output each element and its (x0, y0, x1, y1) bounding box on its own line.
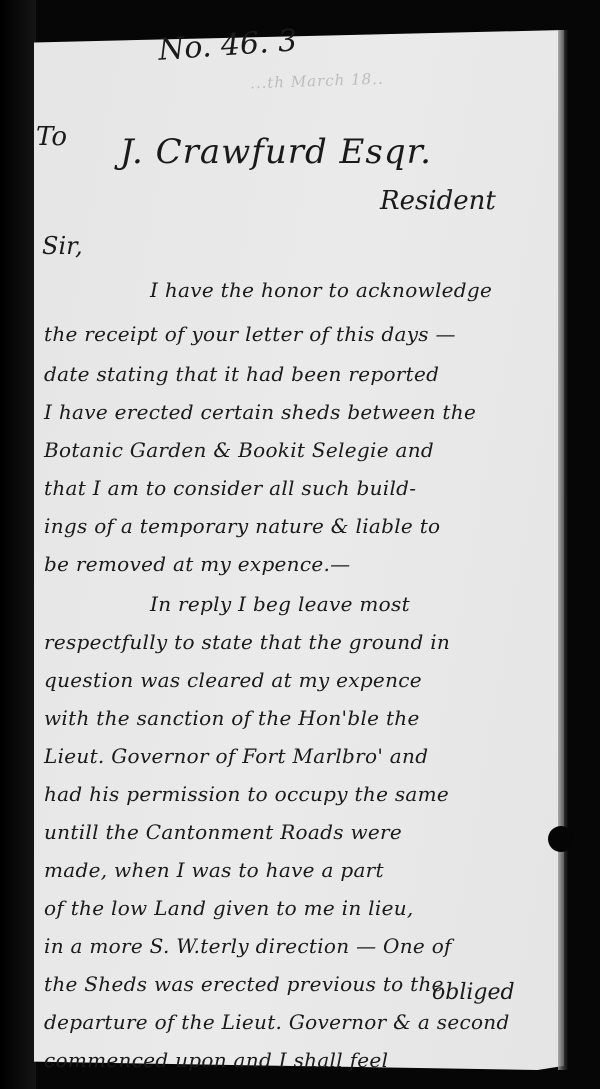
body-line: Lieut. Governor of Fort Marlbro' and (44, 744, 428, 768)
body-line: in a more S. W.terly direction — One of (44, 934, 452, 958)
to-label: To (36, 122, 67, 152)
body-line: respectfully to state that the ground in (44, 630, 450, 654)
body-line: departure of the Lieut. Governor & a sec… (44, 1010, 510, 1034)
body-line: Botanic Garden & Bookit Selegie and (44, 438, 434, 462)
body-line: I have erected certain sheds between the (44, 400, 476, 424)
punch-hole (548, 826, 574, 852)
page-edge (558, 30, 568, 1070)
body-line: ings of a temporary nature & liable to (44, 514, 440, 538)
body-line: of the low Land given to me in lieu, (44, 896, 414, 920)
body-line: that I am to consider all such build- (44, 476, 416, 500)
body-line: In reply I beg leave most (150, 592, 410, 616)
body-line: the Sheds was erected previous to the (44, 972, 444, 996)
closing-word: obliged (432, 980, 515, 1005)
addressee-title: Resident (380, 186, 496, 216)
binding-shadow (0, 0, 36, 1089)
body-line: untill the Cantonment Roads were (44, 820, 402, 844)
body-line: had his permission to occupy the same (44, 782, 449, 806)
body-line: I have the honor to acknowledge (150, 278, 492, 302)
body-line: with the sanction of the Hon'ble the (44, 706, 420, 730)
body-line: question was cleared at my expence (44, 668, 422, 692)
body-line: commenced upon and I shall feel (44, 1048, 388, 1072)
body-line: made, when I was to have a part (44, 858, 384, 882)
body-line: the receipt of your letter of this days … (44, 322, 456, 346)
salutation: Sir, (42, 232, 83, 260)
body-line: date stating that it had been reported (44, 362, 439, 386)
body-line: be removed at my expence.— (44, 552, 350, 576)
addressee-name: J. Crawfurd Esqr. (120, 132, 432, 172)
